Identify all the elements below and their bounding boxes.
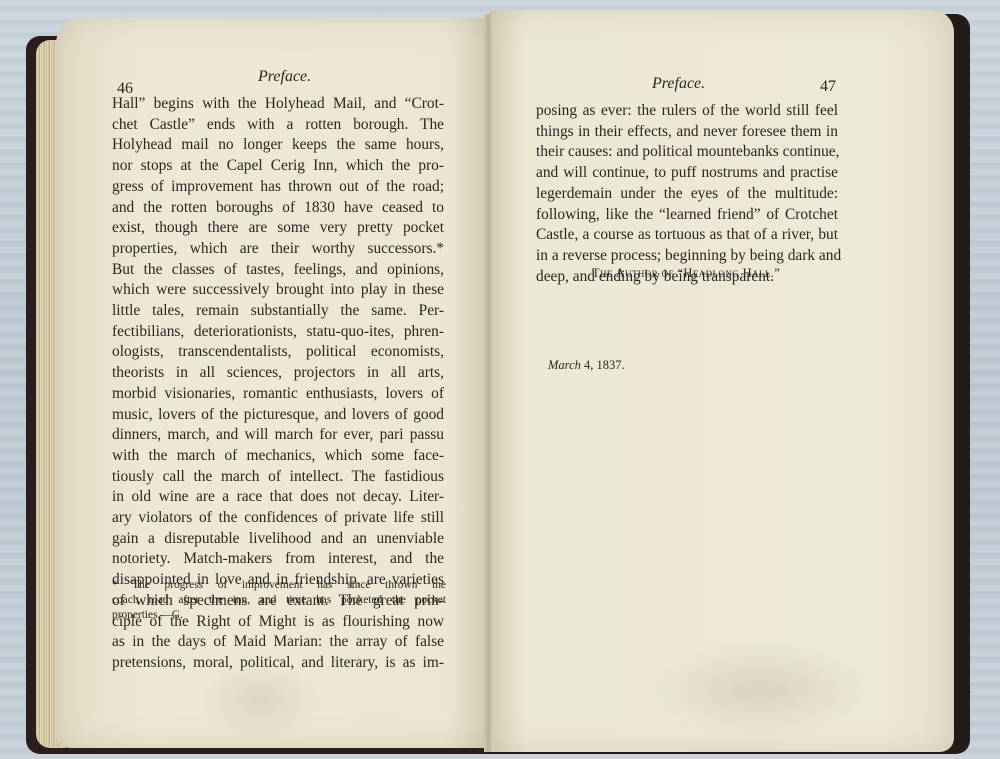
text-line: in old wine are a race that does not dec… [112, 487, 444, 508]
preface-date: March 4, 1837. [548, 358, 625, 373]
text-line: gain a disreputable livelihood and an un… [112, 529, 444, 550]
text-line: with the march of mechanics, which some … [112, 446, 444, 467]
date-day-year: 4, 1837. [584, 358, 625, 372]
text-line: Holyhead mail no longer keeps the same h… [112, 135, 444, 156]
text-line: posing as ever: the rulers of the world … [536, 101, 838, 122]
text-line: gress of improvement has thrown out of t… [112, 177, 444, 198]
text-line: ary violators of the confidences of priv… [112, 508, 444, 529]
text-line: morbid visionaries, romantic enthusiasts… [112, 384, 444, 405]
author-signature: The Author of “Headlong Hall.” [592, 266, 780, 281]
text-line: dinners, march, and will march for ever,… [112, 425, 444, 446]
page-number-right: 47 [820, 78, 836, 96]
text-line: properties, which are their worthy succe… [112, 239, 444, 260]
text-line: music, lovers of the picturesque, and lo… [112, 405, 444, 426]
text-line: little tales, remain substantially the s… [112, 301, 444, 322]
footnote-line: properties.—G. [112, 608, 446, 623]
text-line: But the classes of tastes, feelings, and… [112, 260, 444, 281]
text-line: notoriety. Match-makers from interest, a… [112, 549, 444, 570]
text-line: tiously call the march of intellect. The… [112, 467, 444, 488]
text-line: which were successively brought into pla… [112, 280, 444, 301]
date-month: March [548, 358, 581, 372]
text-line: and the rotten boroughs of 1830 have cea… [112, 198, 444, 219]
text-line: and will continue, to puff nostrums and … [536, 163, 838, 184]
text-line: exist, though there are some very pretty… [112, 218, 444, 239]
text-line: following, like the “learned friend” of … [536, 205, 838, 226]
footnote-line: coach road after the inn, and time has p… [112, 593, 446, 608]
text-line: ologists, transcendentalists, political … [112, 342, 444, 363]
text-line: theorists in all sciences, projectors in… [112, 363, 444, 384]
footnote-line: * The progress of improvement has since … [112, 578, 446, 593]
text-line: chet Castle” ends with a rotten borough.… [112, 115, 444, 136]
text-line: things in their effects, and never fores… [536, 122, 838, 143]
running-head-right: Preface. [652, 75, 705, 93]
footnote: * The progress of improvement has since … [112, 578, 446, 624]
text-line: Castle, a course as tortuous as that of … [536, 225, 838, 246]
text-line: their causes: and political mountebanks … [536, 142, 838, 163]
text-line: pretensions, moral, political, and liter… [112, 653, 444, 674]
text-line: legerdemain under the eyes of the multit… [536, 184, 838, 205]
text-line: Hall” begins with the Holyhead Mail, and… [112, 94, 444, 115]
book-gutter [484, 14, 494, 752]
running-head-left: Preface. [258, 68, 311, 86]
text-line: nor stops at the Capel Cerig Inn, which … [112, 156, 444, 177]
text-line: in a reverse process; beginning by being… [536, 246, 838, 267]
page-shadow [650, 640, 870, 740]
text-line: as in the days of Maid Marian: the array… [112, 632, 444, 653]
right-page-body: posing as ever: the rulers of the world … [536, 101, 838, 287]
text-line: fectibilians, deteriorationists, statu-q… [112, 322, 444, 343]
